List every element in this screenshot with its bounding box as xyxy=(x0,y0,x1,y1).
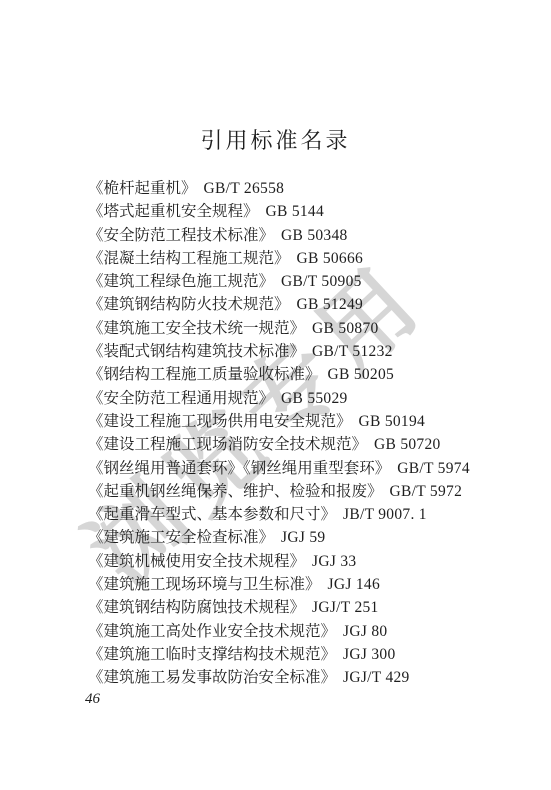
standard-title: 《钢结构工程施工质量验收标准》 xyxy=(88,366,321,383)
standard-code: JGJ 146 xyxy=(328,576,380,593)
standard-code: JGJ 59 xyxy=(281,529,325,546)
standard-item: 《建筑施工安全检查标准》JGJ 59 xyxy=(88,526,521,549)
standard-title: 《建筑施工临时支撑结构技术规范》 xyxy=(88,646,336,663)
page-number: 46 xyxy=(85,691,100,708)
standard-title: 《建筑施工安全技术统一规范》 xyxy=(88,320,305,337)
standard-code: JGJ 33 xyxy=(312,553,356,570)
standard-code: GB 50348 xyxy=(281,227,348,244)
standard-code: GB 50194 xyxy=(359,413,426,430)
standard-title: 《钢丝绳用普通套环》《钢丝绳用重型套环》 xyxy=(88,460,390,477)
standard-item: 《建筑施工现场环境与卫生标准》JGJ 146 xyxy=(88,573,521,596)
standard-title: 《建筑机械使用安全技术规程》 xyxy=(88,553,305,570)
standard-item: 《混凝土结构工程施工规范》GB 50666 xyxy=(88,247,521,270)
standard-code: GB/T 5972 xyxy=(390,483,463,500)
standard-item: 《建筑钢结构防火技术规范》GB 51249 xyxy=(88,293,521,316)
standard-item: 《安全防范工程技术标准》GB 50348 xyxy=(88,224,521,247)
document-page: 浏览专用 引用标准名录 《桅杆起重机》GB/T 26558 《塔式起重机安全规程… xyxy=(0,0,551,790)
standard-item: 《钢丝绳用普通套环》《钢丝绳用重型套环》GB/T 5974 xyxy=(88,457,521,480)
standard-title: 《装配式钢结构建筑技术标准》 xyxy=(88,343,305,360)
standard-title: 《建设工程施工现场供用电安全规范》 xyxy=(88,413,352,430)
standard-item: 《塔式起重机安全规程》GB 5144 xyxy=(88,200,521,223)
standard-code: JGJ 80 xyxy=(343,623,387,640)
standard-title: 《建设工程施工现场消防安全技术规范》 xyxy=(88,436,367,453)
standard-item: 《建设工程施工现场消防安全技术规范》GB 50720 xyxy=(88,433,521,456)
standard-code: GB 50666 xyxy=(297,250,364,267)
standard-code: GB 55029 xyxy=(281,390,348,407)
standards-list: 《桅杆起重机》GB/T 26558 《塔式起重机安全规程》GB 5144 《安全… xyxy=(88,177,521,690)
standard-code: GB/T 26558 xyxy=(204,180,285,197)
standard-code: GB/T 50905 xyxy=(281,273,362,290)
standard-code: GB/T 5974 xyxy=(397,460,470,477)
page-title: 引用标准名录 xyxy=(0,124,551,155)
standard-title: 《安全防范工程技术标准》 xyxy=(88,227,274,244)
standard-code: GB 50870 xyxy=(312,320,379,337)
standard-code: JGJ 300 xyxy=(343,646,395,663)
standard-code: GB 51249 xyxy=(297,296,364,313)
standard-title: 《建筑施工现场环境与卫生标准》 xyxy=(88,576,321,593)
standard-title: 《安全防范工程通用规范》 xyxy=(88,390,274,407)
standard-code: GB 50720 xyxy=(374,436,441,453)
standard-title: 《桅杆起重机》 xyxy=(88,180,197,197)
standard-title: 《塔式起重机安全规程》 xyxy=(88,203,259,220)
standard-code: GB/T 51232 xyxy=(312,343,393,360)
standard-item: 《钢结构工程施工质量验收标准》GB 50205 xyxy=(88,363,521,386)
standard-title: 《建筑钢结构防火技术规范》 xyxy=(88,296,290,313)
standard-code: JB/T 9007. 1 xyxy=(343,506,427,523)
standard-code: JGJ/T 251 xyxy=(312,599,379,616)
page-content: 引用标准名录 《桅杆起重机》GB/T 26558 《塔式起重机安全规程》GB 5… xyxy=(0,0,551,790)
standard-item: 《建筑工程绿色施工规范》GB/T 50905 xyxy=(88,270,521,293)
standard-title: 《建筑施工高处作业安全技术规范》 xyxy=(88,623,336,640)
standard-item: 《建筑施工安全技术统一规范》GB 50870 xyxy=(88,317,521,340)
standard-item: 《建筑钢结构防腐蚀技术规程》JGJ/T 251 xyxy=(88,596,521,619)
standard-item: 《建设工程施工现场供用电安全规范》GB 50194 xyxy=(88,410,521,433)
standard-title: 《起重机钢丝绳保养、维护、检验和报废》 xyxy=(88,483,383,500)
standard-item: 《建筑施工临时支撑结构技术规范》JGJ 300 xyxy=(88,643,521,666)
standard-item: 《起重滑车型式、基本参数和尺寸》JB/T 9007. 1 xyxy=(88,503,521,526)
standard-item: 《建筑施工高处作业安全技术规范》JGJ 80 xyxy=(88,620,521,643)
standard-title: 《建筑施工安全检查标准》 xyxy=(88,529,274,546)
standard-title: 《混凝土结构工程施工规范》 xyxy=(88,250,290,267)
standard-code: GB 5144 xyxy=(266,203,325,220)
standard-item: 《建筑机械使用安全技术规程》JGJ 33 xyxy=(88,550,521,573)
standard-title: 《起重滑车型式、基本参数和尺寸》 xyxy=(88,506,336,523)
standard-title: 《建筑钢结构防腐蚀技术规程》 xyxy=(88,599,305,616)
standard-item: 《装配式钢结构建筑技术标准》GB/T 51232 xyxy=(88,340,521,363)
standard-item: 《建筑施工易发事故防治安全标准》JGJ/T 429 xyxy=(88,666,521,689)
standard-code: GB 50205 xyxy=(328,366,395,383)
standard-item: 《桅杆起重机》GB/T 26558 xyxy=(88,177,521,200)
standard-code: JGJ/T 429 xyxy=(343,669,410,686)
standard-item: 《起重机钢丝绳保养、维护、检验和报废》GB/T 5972 xyxy=(88,480,521,503)
standard-item: 《安全防范工程通用规范》GB 55029 xyxy=(88,387,521,410)
standard-title: 《建筑施工易发事故防治安全标准》 xyxy=(88,669,336,686)
standard-title: 《建筑工程绿色施工规范》 xyxy=(88,273,274,290)
